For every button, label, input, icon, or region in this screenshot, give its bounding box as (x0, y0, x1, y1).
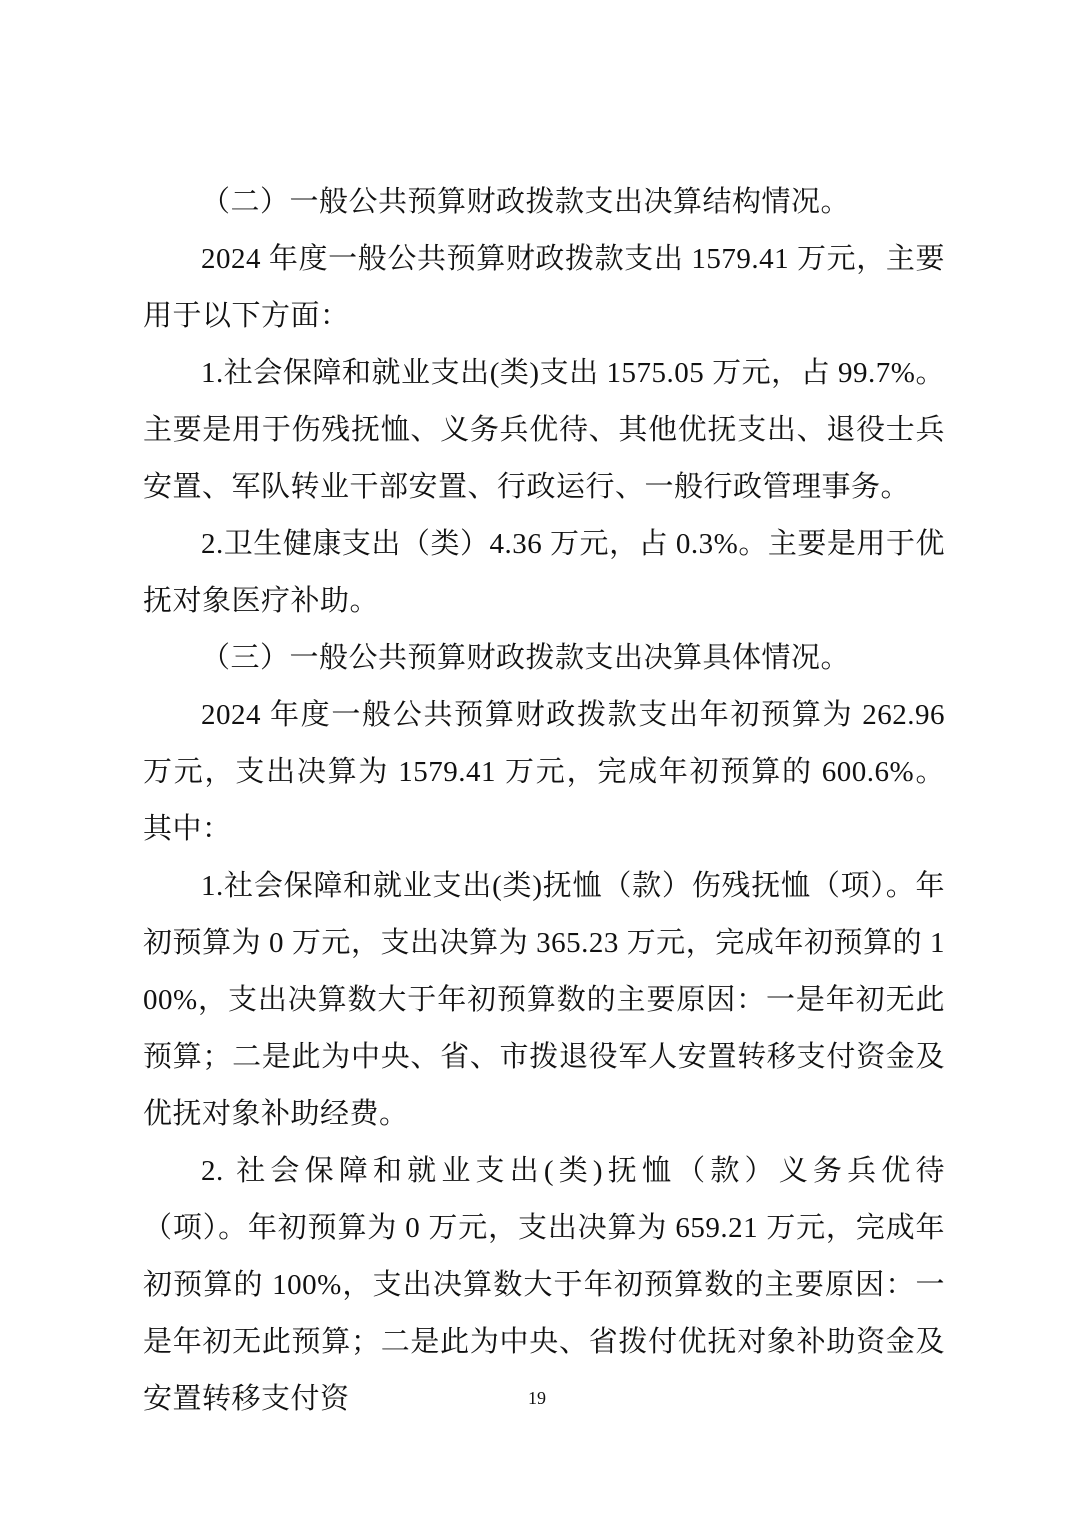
paragraph: 1.社会保障和就业支出(类)支出 1575.05 万元，占 99.7%。主要是用… (143, 345, 945, 516)
document-page: （二）一般公共预算财政拨款支出决算结构情况。 2024 年度一般公共预算财政拨款… (0, 0, 1074, 1520)
paragraph: 2024 年度一般公共预算财政拨款支出 1579.41 万元，主要用于以下方面： (143, 231, 945, 345)
paragraph: 1.社会保障和就业支出(类)抚恤（款）伤残抚恤（项）。年初预算为 0 万元，支出… (143, 858, 945, 1143)
page-number: 19 (528, 1388, 546, 1408)
section-heading: （二）一般公共预算财政拨款支出决算结构情况。 (143, 174, 945, 231)
page-footer: 19 (0, 1386, 1074, 1410)
section-heading: （三）一般公共预算财政拨款支出决算具体情况。 (143, 630, 945, 687)
paragraph: 2024 年度一般公共预算财政拨款支出年初预算为 262.96 万元，支出决算为… (143, 687, 945, 858)
paragraph: 2.卫生健康支出（类）4.36 万元，占 0.3%。主要是用于优抚对象医疗补助。 (143, 516, 945, 630)
document-body: （二）一般公共预算财政拨款支出决算结构情况。 2024 年度一般公共预算财政拨款… (143, 174, 945, 1428)
